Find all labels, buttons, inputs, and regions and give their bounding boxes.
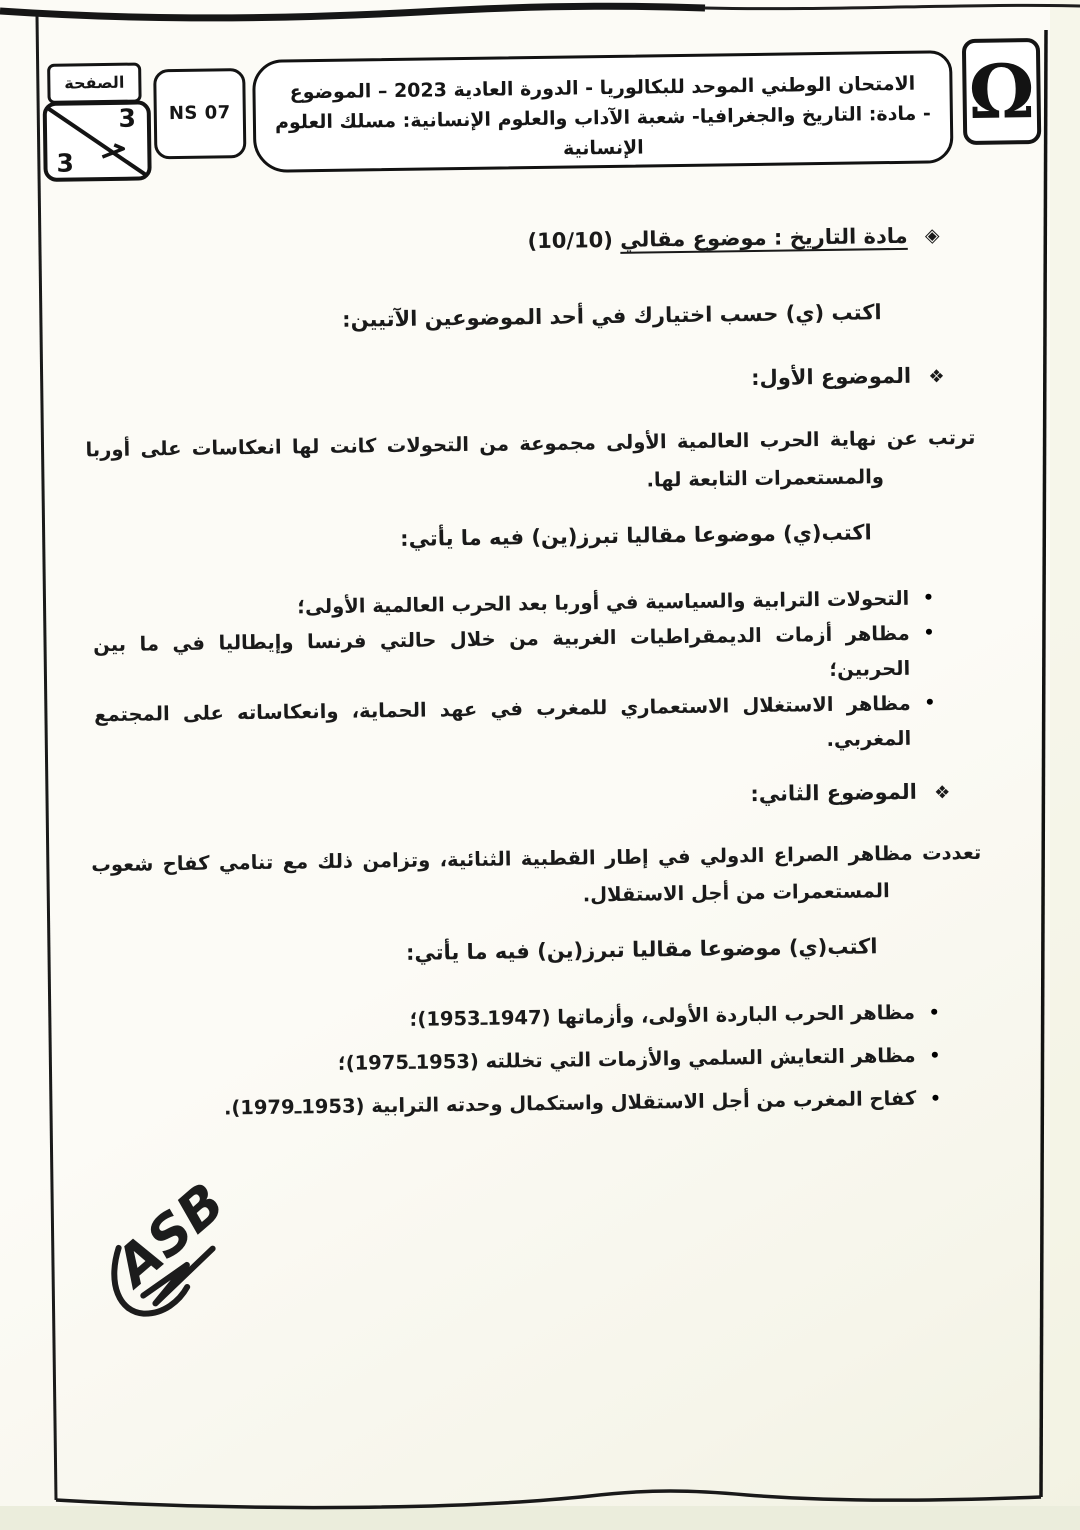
page-counter-label: الصفحة bbox=[47, 63, 142, 104]
topic2-point-1: مظاهر الحرب الباردة الأولى، وأزماتها (19… bbox=[98, 996, 915, 1041]
omega-icon: Ω bbox=[966, 42, 1037, 143]
topic1-point-2: مظاهر أزمات الديمقراطيات الغربية من خلال… bbox=[93, 616, 911, 697]
page-number-current: 3 bbox=[118, 105, 136, 133]
list-item: • كفاح المغرب من أجل الاستقلال واستكمال … bbox=[99, 1081, 941, 1127]
four-diamond-icon: ❖ bbox=[928, 366, 944, 387]
topic2-title: الموضوع الثاني: bbox=[750, 780, 917, 806]
topic2-intro-line1: تعددت مظاهر الصراع الدولي في إطار القطبي… bbox=[91, 840, 981, 879]
topic1-intro-line2: والمستعمرات التابعة لها. bbox=[646, 464, 884, 494]
scanned-exam-page: الصفحة 3 3 NS 07 الامتحان الوطني الموحد … bbox=[0, 0, 1080, 1530]
handwritten-signature: ASB bbox=[83, 1162, 275, 1335]
exam-title-box: الامتحان الوطني الموحد للبكالوريا - الدو… bbox=[252, 50, 954, 173]
omega-logo-box: Ω bbox=[962, 38, 1041, 145]
topic2-heading: ❖ الموضوع الثاني: bbox=[750, 777, 950, 808]
topic2-intro-line2: المستعمرات من أجل الاستقلال. bbox=[583, 878, 890, 909]
bullet-icon: • bbox=[928, 1038, 941, 1072]
subject-heading: ◈ مادة التاريخ : موضوع مقالي (10/10) bbox=[527, 221, 939, 255]
list-item: • مظاهر التعايش السلمي والأزمات التي تخل… bbox=[99, 1038, 941, 1084]
four-diamond-icon: ❖ bbox=[934, 782, 950, 803]
printed-content: الصفحة 3 3 NS 07 الامتحان الوطني الموحد … bbox=[0, 0, 1080, 1530]
bullet-icon: • bbox=[922, 580, 935, 615]
list-item: • مظاهر الحرب الباردة الأولى، وأزماتها (… bbox=[98, 995, 940, 1041]
topic1-heading: ❖ الموضوع الأول: bbox=[751, 361, 945, 392]
topic1-title: الموضوع الأول: bbox=[751, 364, 911, 390]
bullet-icon: • bbox=[923, 685, 936, 720]
bullet-icon: • bbox=[922, 615, 935, 650]
list-item: • مظاهر أزمات الديمقراطيات الغربية من خل… bbox=[93, 615, 936, 697]
topic1-intro-line1: ترتب عن نهاية الحرب العالمية الأولى مجمو… bbox=[85, 425, 975, 464]
bullet-icon: • bbox=[928, 995, 941, 1029]
diamond-bullet-icon: ◈ bbox=[925, 224, 940, 246]
choice-instruction: اكتب (ي) حسب اختيارك في أحد الموضوعين ال… bbox=[342, 298, 882, 334]
topic1-instruction: اكتب(ي) موضوعا مقاليا تبرز(ين) فيه ما يأ… bbox=[400, 518, 872, 553]
bullet-icon: • bbox=[929, 1081, 942, 1115]
exam-title-line2: - مادة: التاريخ والجغرافيا- شعبة الآداب … bbox=[256, 98, 951, 168]
page-number-total: 3 bbox=[56, 149, 74, 177]
topic1-point-3: مظاهر الاستغلال الاستعماري للمغرب في عهد… bbox=[94, 686, 912, 767]
topic2-instruction: اكتب(ي) موضوعا مقاليا تبرز(ين) فيه ما يأ… bbox=[406, 932, 878, 967]
topic2-point-3: كفاح المغرب من أجل الاستقلال واستكمال وح… bbox=[99, 1082, 916, 1127]
subject-score: (10/10) bbox=[527, 228, 613, 253]
list-item: • مظاهر الاستغلال الاستعماري للمغرب في ع… bbox=[94, 685, 937, 767]
page-counter-box: 3 3 bbox=[43, 100, 152, 182]
exam-reference-code: NS 07 bbox=[153, 68, 246, 159]
subject-heading-text: مادة التاريخ : موضوع مقالي bbox=[620, 224, 908, 252]
topic2-point-2: مظاهر التعايش السلمي والأزمات التي تخللت… bbox=[99, 1039, 916, 1084]
topic2-points-list: • مظاهر الحرب الباردة الأولى، وأزماتها (… bbox=[98, 995, 942, 1136]
topic1-points-list: • التحولات الترابية والسياسية في أوربا ب… bbox=[92, 580, 936, 767]
